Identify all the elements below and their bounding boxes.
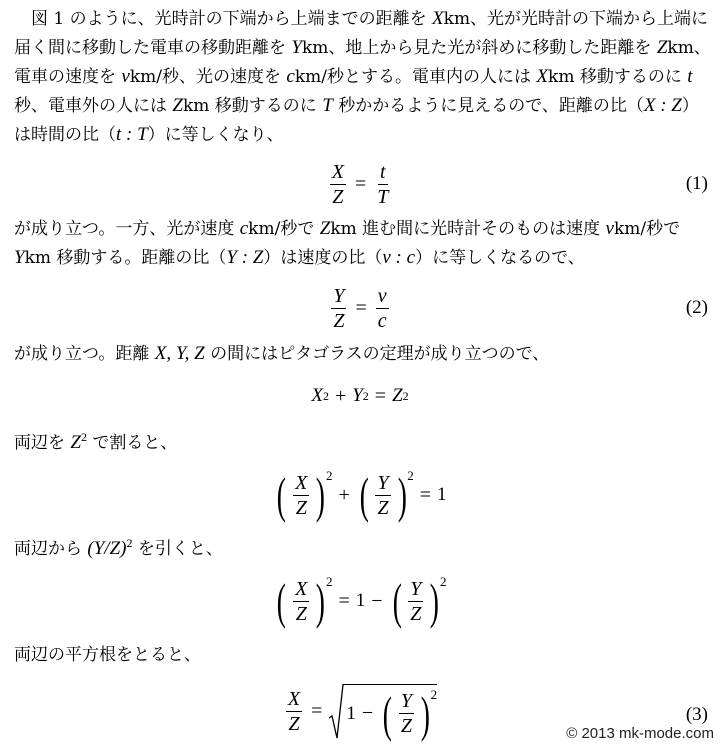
- text: km、光が光時計の下端から上端に: [444, 9, 708, 29]
- equation-number: (1): [686, 173, 708, 195]
- paragraph-3: が成り立つ。距離 X, Y, Z の間にはピタゴラスの定理が成り立つので、: [14, 343, 549, 365]
- radical-sign-icon: [328, 680, 344, 742]
- equation-1: X Z = t T (1): [0, 160, 720, 208]
- equation-subtracted: ( X Z ) 2 = 1 − ( Y Z ) 2: [0, 572, 720, 630]
- math-var: c: [286, 66, 294, 87]
- math-var: X: [432, 8, 444, 29]
- numerator: X: [330, 161, 346, 185]
- fraction: t T: [375, 161, 390, 208]
- math-var: t: [687, 66, 692, 87]
- fraction: Y Z: [399, 690, 414, 737]
- minus-sign: −: [371, 590, 382, 613]
- math-var: v: [606, 218, 614, 239]
- fraction: X Z: [330, 161, 346, 208]
- text: km/秒とする。電車内の人には: [295, 67, 537, 87]
- constant: 1: [356, 590, 366, 612]
- exponent: 2: [407, 468, 414, 484]
- math-var: Z: [392, 385, 403, 407]
- parenthesized-fraction: ( Y Z ) 2: [379, 689, 437, 739]
- denominator: Z: [399, 714, 414, 737]
- plus-sign: +: [339, 484, 350, 507]
- fraction: v c: [376, 285, 389, 332]
- numerator: X: [293, 578, 309, 602]
- text: 両辺を: [14, 433, 70, 453]
- minus-sign: −: [362, 702, 373, 725]
- constant: 1: [437, 484, 447, 506]
- math-var: X: [536, 66, 548, 87]
- text-line: が成り立つ。一方、光が速度 ckm/秒で Zkm 進む間に光時計そのものは速度 …: [14, 218, 680, 240]
- fraction: Y Z: [375, 472, 390, 519]
- math-var: T: [322, 95, 333, 116]
- numerator: X: [286, 688, 302, 712]
- numerator: v: [376, 285, 389, 309]
- equals-sign: =: [375, 385, 386, 408]
- denominator: c: [376, 309, 389, 332]
- denominator: Z: [294, 602, 309, 625]
- text: ）: [682, 96, 699, 116]
- denominator: Z: [294, 496, 309, 519]
- right-paren: ): [316, 576, 325, 626]
- equation-number: (3): [686, 704, 708, 726]
- parenthesized-fraction: ( X Z ) 2: [273, 470, 332, 520]
- exponent: 2: [326, 574, 333, 590]
- text-line: 秒、電車外の人には Zkm 移動するのに T 秒かかるように見えるので、距離の比…: [14, 95, 699, 117]
- numerator: Y: [331, 285, 346, 309]
- left-paren: (: [277, 576, 286, 626]
- equals-sign: =: [355, 297, 366, 320]
- numerator: Y: [399, 690, 414, 714]
- text: 両辺から: [14, 539, 87, 559]
- denominator: Z: [286, 712, 301, 735]
- math-vars: X, Y, Z: [155, 343, 205, 364]
- text: 図 1 のように、光時計の下端から上端までの距離を: [14, 9, 432, 29]
- text: の間にはピタゴラスの定理が成り立つので、: [205, 344, 550, 364]
- right-paren: ): [316, 470, 325, 520]
- text: ）に等しくなり、: [148, 125, 284, 145]
- text-line: は時間の比（t : T）に等しくなり、: [14, 124, 284, 146]
- denominator: Z: [331, 309, 346, 332]
- text: km/秒で: [614, 219, 680, 239]
- equals-sign: =: [355, 173, 366, 196]
- text: 秒、電車外の人には: [14, 96, 172, 116]
- parenthesized-fraction: ( Y Z ) 2: [356, 470, 414, 520]
- math-ratio: t : T: [116, 124, 148, 145]
- left-paren: (: [383, 689, 392, 739]
- math-var: Y: [291, 37, 302, 58]
- exponent: 2: [326, 468, 333, 484]
- math-var: X: [311, 385, 323, 407]
- paragraph-5: 両辺から (Y/Z)2 を引くと、: [14, 538, 223, 560]
- denominator: Z: [330, 185, 345, 208]
- right-paren: ): [430, 576, 439, 626]
- numerator: t: [378, 161, 388, 185]
- text: ）に等しくなるので、: [415, 248, 585, 268]
- text: が成り立つ。距離: [14, 344, 155, 364]
- math-var: Z: [657, 37, 668, 58]
- constant: 1: [346, 703, 356, 725]
- text-line: 図 1 のように、光時計の下端から上端までの距離を Xkm、光が光時計の下端から…: [14, 8, 708, 30]
- left-paren: (: [277, 470, 286, 520]
- fraction: X Z: [286, 688, 302, 735]
- math-ratio: X : Z: [644, 95, 682, 116]
- denominator: Z: [408, 602, 423, 625]
- right-paren: ): [421, 689, 430, 739]
- denominator: Z: [375, 496, 390, 519]
- text: 両辺の平方根をとると、: [14, 645, 201, 665]
- numerator: Y: [408, 578, 423, 602]
- equation-pythagoras: X2 + Y2 = Z2: [0, 381, 720, 411]
- math-expr: (Y/Z): [87, 538, 126, 559]
- text: 秒かかるように見えるので、距離の比（: [333, 96, 644, 116]
- equals-sign: =: [311, 700, 322, 723]
- math-var: c: [240, 218, 248, 239]
- text: km 移動するのに: [183, 96, 322, 116]
- equals-sign: =: [420, 484, 431, 507]
- text: は時間の比（: [14, 125, 116, 145]
- equals-sign: =: [339, 590, 350, 613]
- equation-2: Y Z = v c (2): [0, 284, 720, 332]
- fraction: X Z: [293, 578, 309, 625]
- fraction: Y Z: [331, 285, 346, 332]
- text: を引くと、: [132, 539, 222, 559]
- radicand: 1 − ( Y Z ) 2: [344, 684, 437, 742]
- math-var: Z: [70, 432, 81, 453]
- text: km、地上から見た光が斜めに移動した距離を: [302, 38, 657, 58]
- numerator: Y: [375, 472, 390, 496]
- copyright-watermark: © 2013 mk-mode.com: [566, 725, 714, 742]
- text: km/秒で: [248, 219, 320, 239]
- math-var: Z: [172, 95, 183, 116]
- exponent: 2: [431, 687, 438, 703]
- denominator: T: [375, 185, 390, 208]
- math-var: Z: [320, 218, 331, 239]
- numerator: X: [293, 472, 309, 496]
- math-var: Y: [14, 247, 25, 268]
- text: km 移動する。距離の比（: [25, 248, 227, 268]
- exponent: 2: [440, 574, 447, 590]
- math-ratio: Y : Z: [226, 247, 263, 268]
- square-root: 1 − ( Y Z ) 2: [328, 680, 437, 742]
- text: km、: [667, 38, 710, 58]
- fraction: X Z: [293, 472, 309, 519]
- parenthesized-fraction: ( Y Z ) 2: [389, 576, 447, 626]
- text: 届く間に移動した電車の移動距離を: [14, 38, 291, 58]
- paragraph-4: 両辺を Z2 で割ると、: [14, 432, 177, 454]
- math-ratio: v : c: [382, 247, 415, 268]
- plus-sign: +: [335, 385, 346, 408]
- text: が成り立つ。一方、光が速度: [14, 219, 240, 239]
- math-var: v: [121, 66, 129, 87]
- text: 電車の速度を: [14, 67, 121, 87]
- text-line: Ykm 移動する。距離の比（Y : Z）は速度の比（v : c）に等しくなるので…: [14, 247, 585, 269]
- text: で割ると、: [87, 433, 177, 453]
- left-paren: (: [360, 470, 369, 520]
- text: ）は速度の比（: [263, 248, 382, 268]
- equation-normalized: ( X Z ) 2 + ( Y Z ) 2 = 1: [0, 466, 720, 524]
- text: km 進む間に光時計そのものは速度: [330, 219, 605, 239]
- text: km/秒、光の速度を: [130, 67, 287, 87]
- equation-number: (2): [686, 297, 708, 319]
- paragraph-6: 両辺の平方根をとると、: [14, 644, 201, 666]
- right-paren: ): [397, 470, 406, 520]
- text-line: 届く間に移動した電車の移動距離を Ykm、地上から見た光が斜めに移動した距離を …: [14, 37, 711, 59]
- fraction: Y Z: [408, 578, 423, 625]
- text: km 移動するのに: [548, 67, 687, 87]
- parenthesized-fraction: ( X Z ) 2: [273, 576, 332, 626]
- text-line: 電車の速度を vkm/秒、光の速度を ckm/秒とする。電車内の人には Xkm …: [14, 66, 693, 88]
- math-var: Y: [352, 385, 363, 407]
- left-paren: (: [392, 576, 401, 626]
